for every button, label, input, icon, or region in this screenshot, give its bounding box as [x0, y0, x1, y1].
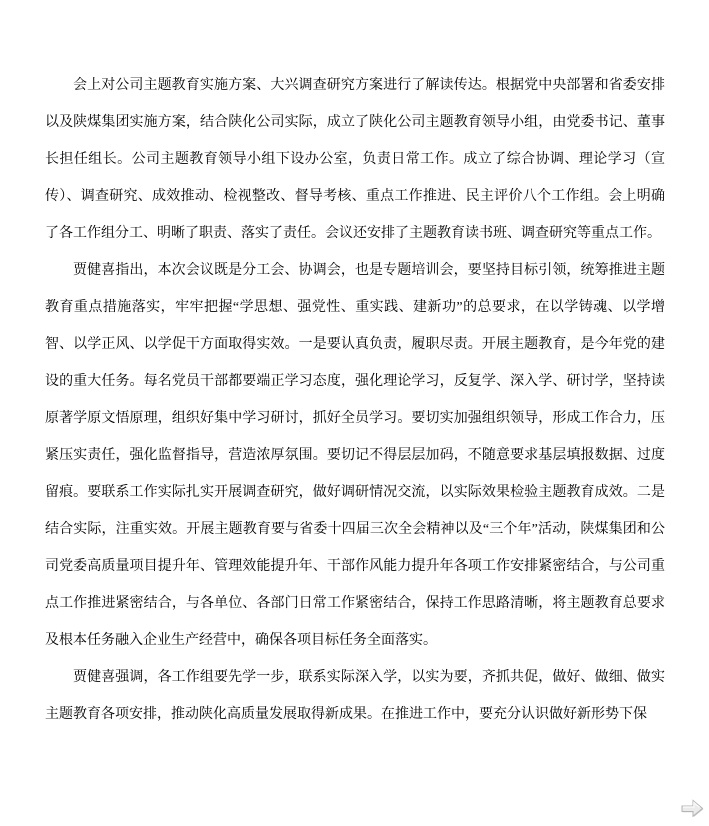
paragraph-3: 贾健喜强调，各工作组要先学一步，联系实际深入学，以实为要，齐抓共促，做好、做细、… — [45, 659, 665, 733]
paragraph-1: 会上对公司主题教育实施方案、大兴调查研究方案进行了解读传达。根据党中央部署和省委… — [45, 67, 665, 252]
next-page-arrow-button[interactable] — [679, 797, 705, 820]
document-page: { "page": { "background_color": "#ffffff… — [0, 0, 709, 826]
arrow-right-icon — [679, 797, 705, 820]
document-body: 会上对公司主题教育实施方案、大兴调查研究方案进行了解读传达。根据党中央部署和省委… — [45, 67, 665, 733]
paragraph-2: 贾健喜指出，本次会议既是分工会、协调会，也是专题培训会，要坚持目标引领，统筹推进… — [45, 252, 665, 659]
